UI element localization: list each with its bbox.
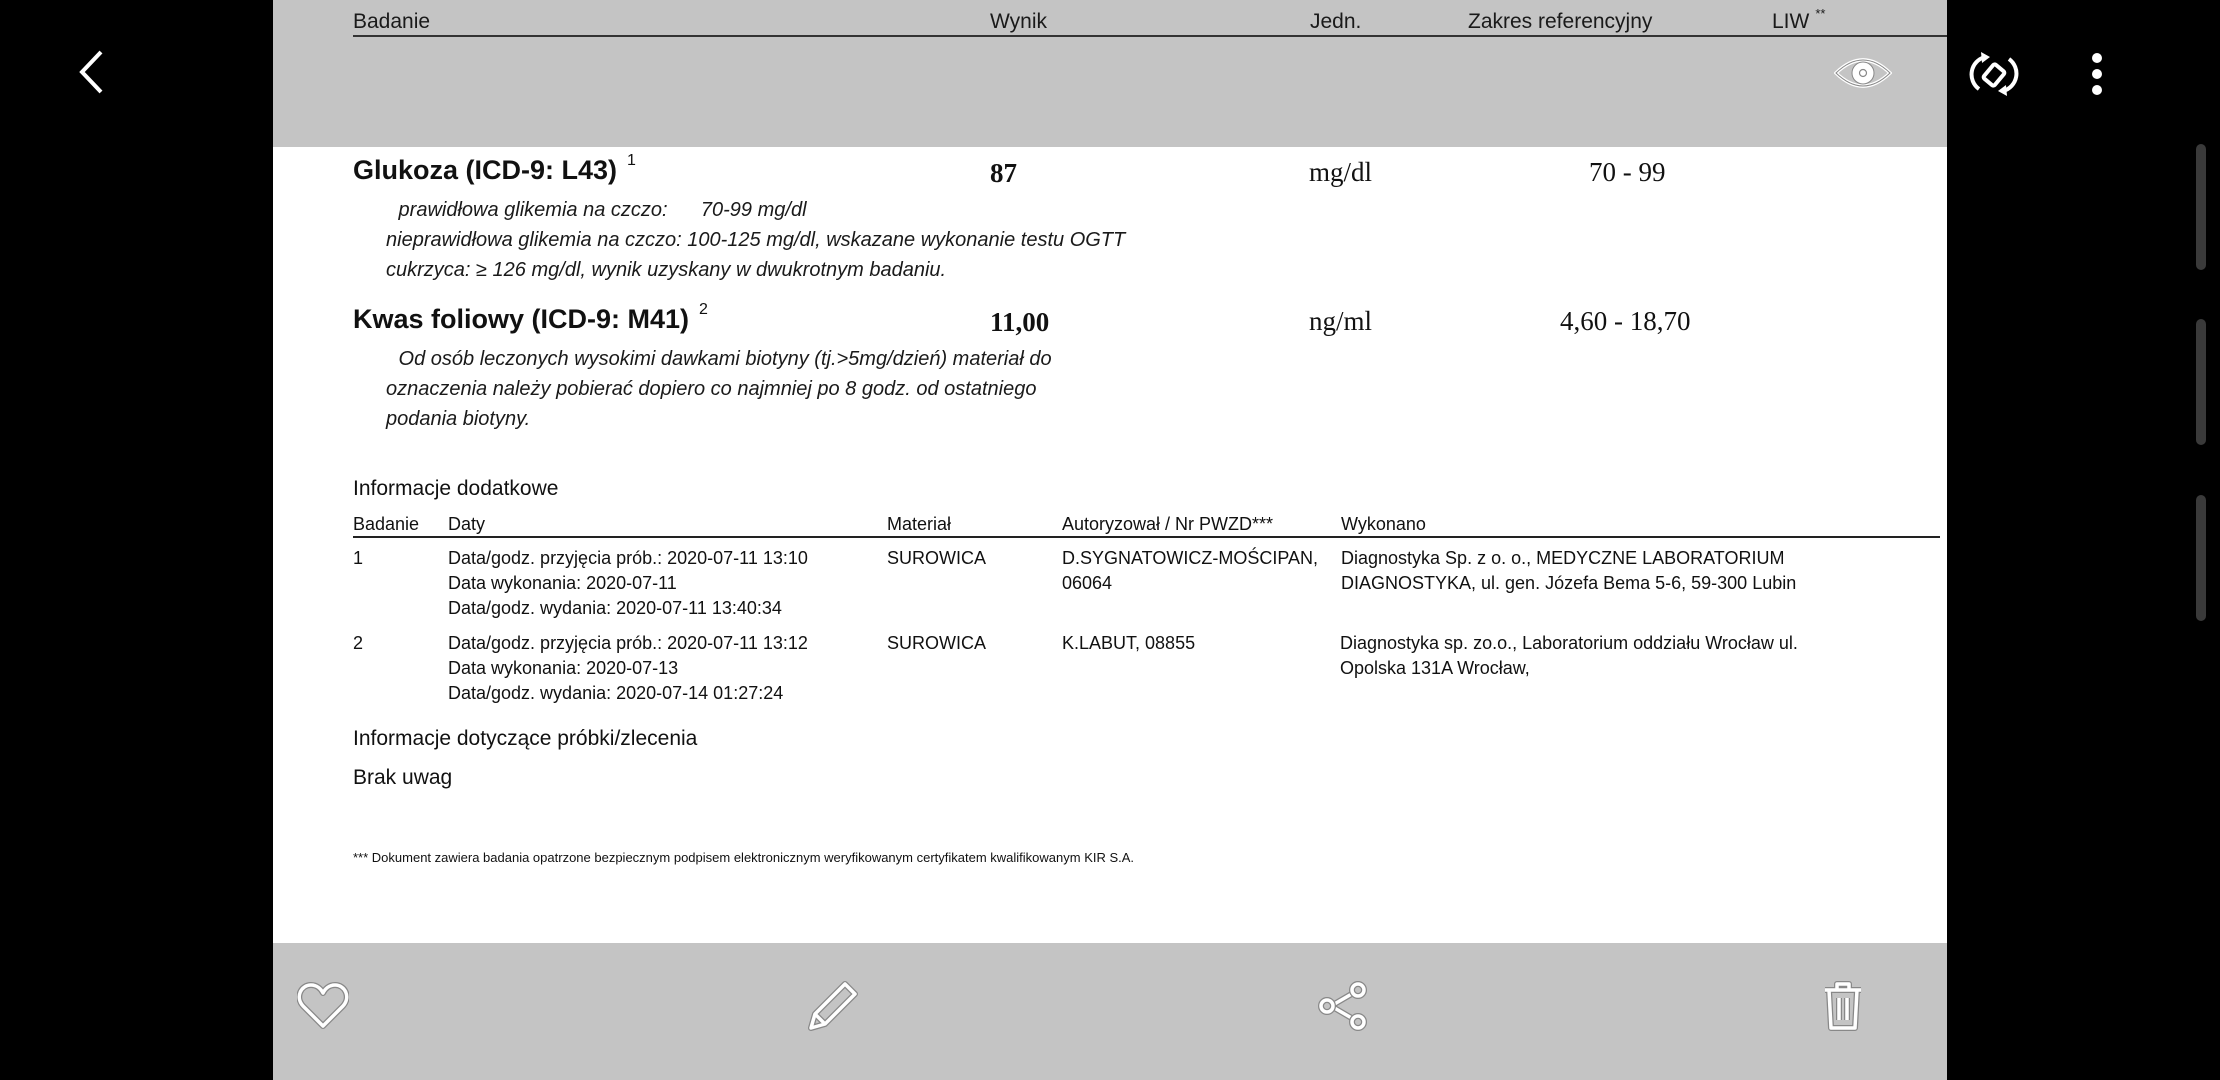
performed-line: Diagnostyka sp. zo.o., Laboratorium oddz… [1340,631,1798,656]
auth-line: D.SYGNATOWICZ-MOŚCIPAN, [1062,546,1340,571]
info-col-wykonano: Wykonano [1341,514,1426,535]
edit-icon [807,980,859,1032]
header-col-badanie: Badanie [353,10,430,34]
header-col-jedn: Jedn. [1310,10,1361,34]
top-overlay [273,0,1947,147]
test-unit-kwas-foliowy: ng/ml [1309,306,1372,337]
performed-line: Diagnostyka Sp. z o. o., MEDYCZNE LABORA… [1341,546,1796,571]
header-col-zakres: Zakres referencyjny [1468,10,1652,34]
share-icon [1317,980,1369,1032]
favorite-button[interactable] [293,978,353,1034]
date-line: Data/godz. wydania: 2020-07-14 01:27:24 [448,681,808,706]
heart-icon [297,982,349,1030]
more-options-button[interactable] [2080,48,2114,100]
auth-line: K.LABUT, 08855 [1062,631,1195,656]
performed-line: DIAGNOSTYKA, ul. gen. Józefa Bema 5-6, 5… [1341,571,1796,596]
row-num: 1 [353,546,363,571]
rotate-screen-icon [1969,49,2019,99]
back-button[interactable] [66,44,118,100]
eye-icon [1834,51,1892,95]
date-line: Data wykonania: 2020-07-11 [448,571,808,596]
test-result-kwas-foliowy: 11,00 [990,307,1049,338]
note-line: podania biotyny. [386,404,1052,434]
note-line: prawidłowa glikemia na czczo: 70-99 mg/d… [393,195,1125,225]
test-ref: 1 [627,152,636,169]
row-dates: Data/godz. przyjęcia prób.: 2020-07-11 1… [448,546,808,621]
info-col-autoryzowal: Autoryzował / Nr PWZD*** [1062,514,1273,535]
row-performed: Diagnostyka sp. zo.o., Laboratorium oddz… [1340,631,1798,681]
liw-superscript: ** [1815,6,1825,21]
test-unit-glukoza: mg/dl [1309,157,1372,188]
sample-info-text: Brak uwag [353,766,452,790]
note-line: Od osób leczonych wysokimi dawkami bioty… [393,344,1052,374]
test-ref: 2 [699,301,708,318]
performed-line: Opolska 131A Wrocław, [1340,656,1798,681]
row-authorized: K.LABUT, 08855 [1062,631,1195,656]
edit-button[interactable] [803,978,863,1034]
eye-button[interactable] [1833,50,1893,96]
row-material: SUROWICA [887,631,986,656]
note-line: nieprawidłowa glikemia na czczo: 100-125… [386,225,1125,255]
note-line: oznaczenia należy pobierać dopiero co na… [386,374,1052,404]
test-note-glukoza: prawidłowa glikemia na czczo: 70-99 mg/d… [393,195,1125,285]
header-col-wynik: Wynik [990,10,1047,34]
nav-back[interactable] [2196,495,2206,621]
sample-info-title: Informacje dotyczące próbki/zlecenia [353,727,697,751]
additional-info-title: Informacje dodatkowe [353,477,558,501]
share-button[interactable] [1313,978,1373,1034]
auth-line: 06064 [1062,571,1340,596]
date-line: Data wykonania: 2020-07-13 [448,656,808,681]
nav-home[interactable] [2196,319,2206,445]
note-line: cukrzyca: ≥ 126 mg/dl, wynik uzyskany w … [386,255,1125,285]
test-range-kwas-foliowy: 4,60 - 18,70 [1560,306,1691,337]
info-table-divider [353,536,1940,538]
more-vertical-icon [2090,51,2104,97]
row-authorized: D.SYGNATOWICZ-MOŚCIPAN, 06064 [1062,546,1340,596]
delete-button[interactable] [1813,978,1873,1034]
row-material: SUROWICA [887,546,986,571]
info-col-badanie: Badanie [353,514,419,535]
footnote: *** Dokument zawiera badania opatrzone b… [353,850,1134,865]
info-col-material: Materiał [887,514,951,535]
date-line: Data/godz. wydania: 2020-07-11 13:40:34 [448,596,808,621]
chevron-left-icon [77,49,107,95]
date-line: Data/godz. przyjęcia prób.: 2020-07-11 1… [448,631,808,656]
test-name-kwas-foliowy: Kwas foliowy (ICD-9: M41)2 [353,304,708,335]
date-line: Data/godz. przyjęcia prób.: 2020-07-11 1… [448,546,808,571]
rotate-button[interactable] [1966,46,2022,102]
delete-icon [1821,980,1865,1032]
row-num: 2 [353,631,363,656]
test-name-glukoza: Glukoza (ICD-9: L43)1 [353,155,636,186]
info-col-daty: Daty [448,514,485,535]
test-range-glukoza: 70 - 99 [1589,157,1666,188]
header-col-liw: LIW** [1772,10,1825,34]
test-result-glukoza: 87 [990,158,1017,189]
bottom-toolbar [273,943,1947,1080]
nav-recent-apps[interactable] [2196,144,2206,270]
row-performed: Diagnostyka Sp. z o. o., MEDYCZNE LABORA… [1341,546,1796,596]
header-divider [353,35,1947,37]
document-viewer[interactable]: Badanie Wynik Jedn. Zakres referencyjny … [273,0,1947,1080]
test-note-kwas-foliowy: Od osób leczonych wysokimi dawkami bioty… [393,344,1052,434]
row-dates: Data/godz. przyjęcia prób.: 2020-07-11 1… [448,631,808,706]
